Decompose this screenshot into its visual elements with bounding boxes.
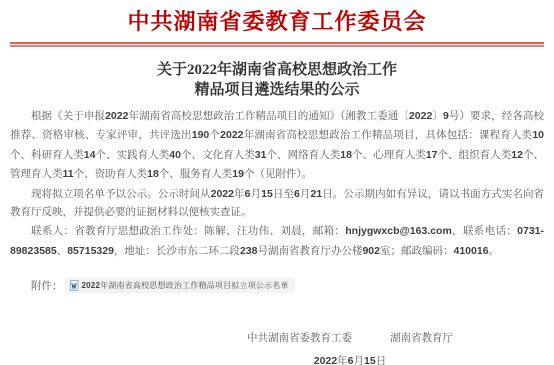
paragraph-selection-basis: 根据《关于申报2022年湖南省高校思想政治工作精品项目的通知》（湘教工委通〔20…	[10, 107, 544, 185]
signature-date: 2022年6月15日	[225, 353, 475, 365]
attachment-label: 附件：	[31, 278, 63, 293]
divider-thin-line	[10, 45, 544, 47]
paragraph-publicity-period: 现将拟立项名单予以公示。公示时间从2022年6月15日至6月21日。公示期内如有…	[10, 185, 544, 223]
signing-organizations: 中共湖南省委教育工委 湖南省教育厅	[225, 331, 475, 347]
signing-org-department: 湖南省教育厅	[390, 331, 453, 347]
signature-block: 中共湖南省委教育工委 湖南省教育厅 2022年6月15日	[225, 331, 475, 365]
word-doc-icon	[69, 280, 79, 291]
attachment-row: 附件： 2022年湖南省高校思想政治工作精品项目拟立项公示名单	[10, 278, 544, 293]
document-title: 关于2022年湖南省高校思想政治工作 精品项目遴选结果的公示	[0, 60, 554, 100]
letterhead-divider	[10, 42, 544, 47]
document-title-line1: 关于2022年湖南省高校思想政治工作	[0, 60, 554, 80]
document-body: 根据《关于申报2022年湖南省高校思想政治工作精品项目的通知》（湘教工委通〔20…	[10, 107, 544, 261]
document-title-line2: 精品项目遴选结果的公示	[0, 80, 554, 100]
letterhead-title: 中共湖南省委教育工作委员会	[0, 0, 554, 35]
attachment-link[interactable]: 2022年湖南省高校思想政治工作精品项目拟立项公示名单	[65, 278, 295, 293]
attachment-file-name: 2022年湖南省高校思想政治工作精品项目拟立项公示名单	[82, 280, 289, 291]
signing-org-committee: 中共湖南省委教育工委	[247, 331, 352, 347]
paragraph-contact-info: 联系人：省教育厅思想政治工作处：陈解、汪功伟、刘晨，邮箱：hnjygwxcb@1…	[10, 222, 544, 261]
official-document: 中共湖南省委教育工作委员会 关于2022年湖南省高校思想政治工作 精品项目遴选结…	[0, 0, 554, 365]
